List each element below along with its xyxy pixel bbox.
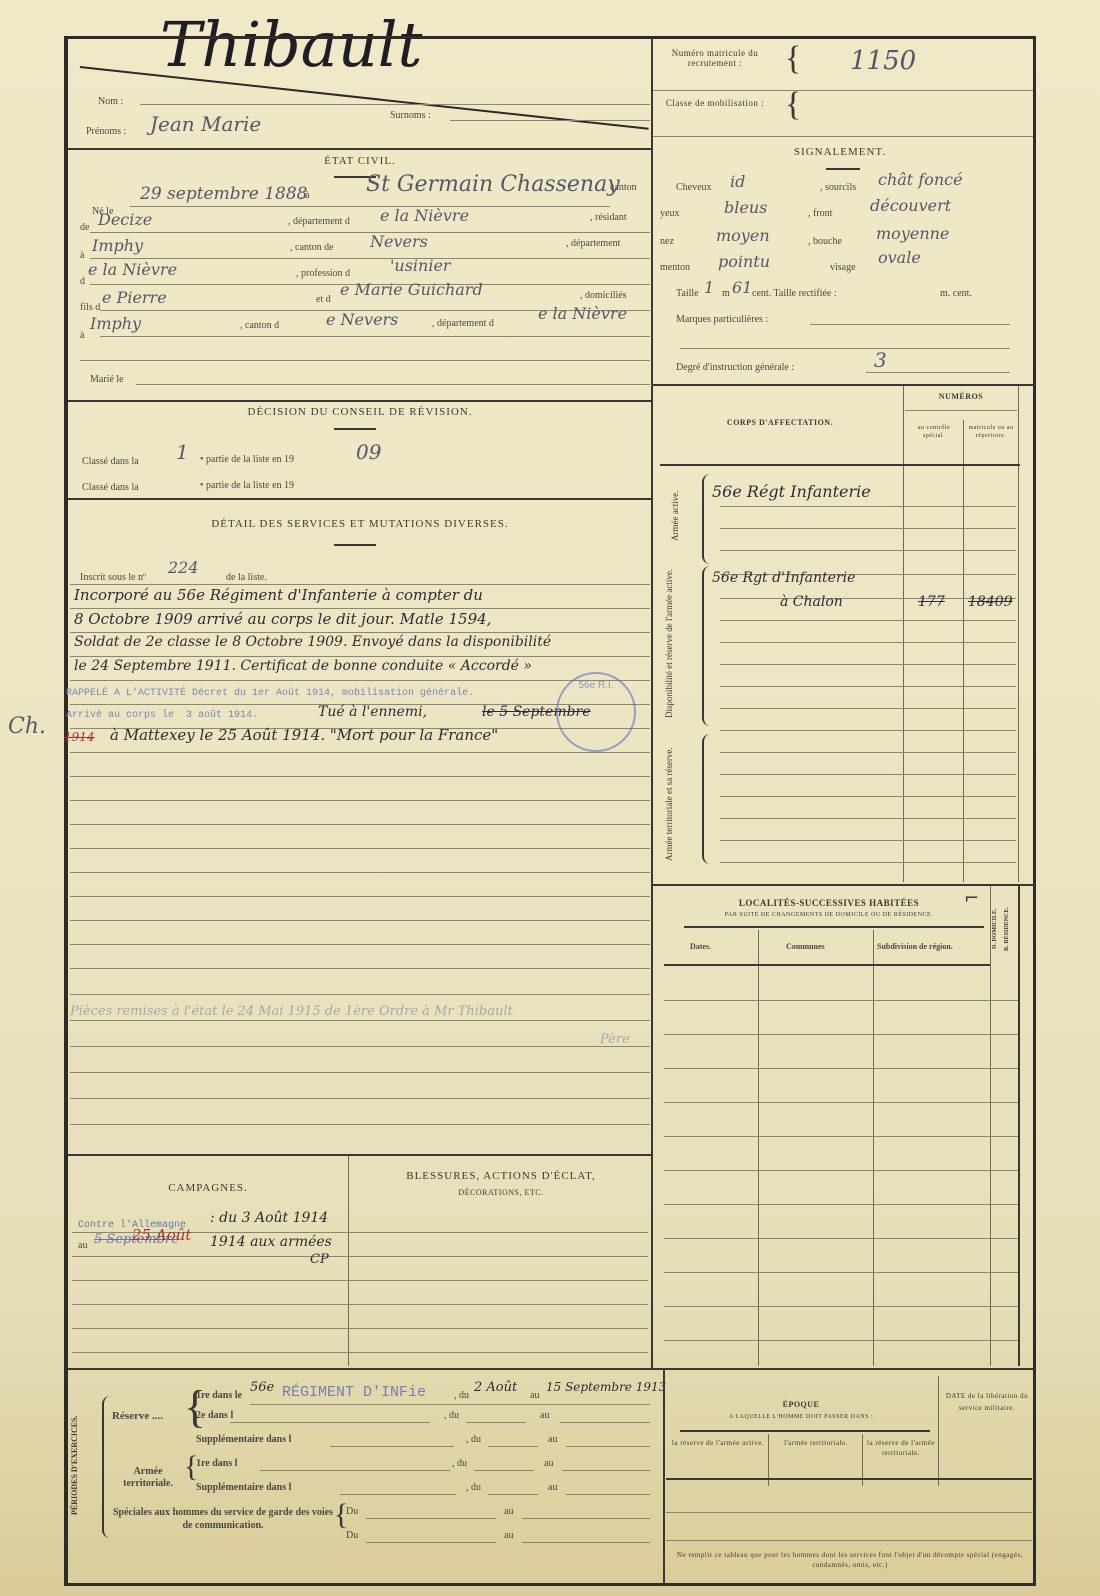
domicilies-label: , domiciliés: [580, 290, 627, 301]
father-name: e Pierre: [102, 288, 167, 307]
reserve-number-1: 177: [918, 594, 945, 610]
r1-label: 1re dans le: [196, 1390, 242, 1401]
t-sup-au: au: [548, 1482, 557, 1493]
campagne-line-2: 1914 aux armées: [210, 1234, 332, 1250]
matricule-value: 1150: [850, 46, 916, 76]
menton-value: pointu: [718, 252, 770, 271]
document-frame: [64, 36, 1036, 1586]
active-entry: 56e Régt Infanterie: [712, 482, 871, 501]
canton-d-label: , canton d: [240, 320, 279, 331]
nez-label: nez: [660, 236, 674, 247]
taille-rectifiee-label: cent. Taille rectifiée :: [752, 288, 837, 299]
nom-label: Nom :: [98, 96, 123, 107]
sup-label: Supplémentaire dans l: [196, 1434, 291, 1445]
reserve-entry-2: à Chalon: [780, 594, 843, 610]
periodes-exercices-label: PÉRIODES D'EXERCICES.: [70, 1390, 96, 1540]
campagne-line-1: : du 3 Août 1914: [210, 1210, 328, 1226]
arrive-date: 3 août 1914.: [186, 710, 258, 721]
inscrit-number: 224: [168, 558, 199, 577]
parents-commune: Imphy: [90, 314, 141, 333]
epoque-note: Ne remplir ce tableau que pour les homme…: [670, 1550, 1030, 1570]
faded-note: Pièces remises à l'état le 24 Mai 1915 d…: [70, 1004, 513, 1019]
numeros-col1: au contrôle spécial.: [906, 424, 962, 440]
reserve-number-2: 18409: [968, 594, 1013, 610]
classe1-prefix: Classé dans la: [82, 456, 139, 467]
r2-label: 2e dans l: [196, 1410, 233, 1421]
canton-label: canton: [610, 182, 637, 193]
r2-du: , du: [444, 1410, 459, 1421]
epoque-col3: la réserve de l'armée territoriale.: [864, 1438, 938, 1458]
prenoms-label: Prénoms :: [86, 126, 126, 137]
r1-to: 15 Septembre 1913: [546, 1380, 666, 1394]
blessures-subtitle: DÉCORATIONS, ETC.: [352, 1188, 650, 1198]
disponibilite-label: Disponibilité et réserve de l'armée acti…: [664, 568, 704, 718]
r2-au: au: [540, 1410, 549, 1421]
de-la-liste-label: de la liste.: [226, 572, 267, 583]
armee-active-label: Armée active.: [670, 478, 700, 554]
t-sup-du: , du: [466, 1482, 481, 1493]
epoque-col2: l'armée territoriale.: [772, 1438, 860, 1448]
marques-label: Marques particulières :: [676, 314, 768, 325]
campagnes-title: CAMPAGNES.: [70, 1182, 346, 1194]
residant-label: , résidant: [590, 212, 627, 223]
t1-du: , du: [452, 1458, 467, 1469]
service-line-2: 8 Octobre 1909 arrivé au corps le dit jo…: [74, 610, 491, 628]
classe-label: Classe de mobilisation :: [660, 98, 770, 108]
front-label: , front: [808, 208, 832, 219]
menton-label: menton: [660, 262, 690, 273]
rappele-stamp-line: RAPPELÉ A L'ACTIVITÉ Décret du 1er Août …: [66, 688, 474, 699]
degre-value: 3: [874, 348, 887, 372]
campagne-au: au: [78, 1240, 87, 1251]
service-line-4: le 24 Septembre 1911. Certificat de bonn…: [74, 658, 532, 674]
fils-label: fils d: [80, 302, 100, 313]
classe2-prefix: Classé dans la: [82, 482, 139, 493]
spec-du-1: Du: [346, 1506, 358, 1517]
matricule-label: Numéro matricule du recrutement :: [660, 48, 770, 68]
residence-commune: Imphy: [92, 236, 143, 255]
spec-au-1: au: [504, 1506, 513, 1517]
territoriale-label: Armée territoriale et sa réserve.: [664, 734, 704, 874]
birth-place: St Germain Chassenay: [366, 172, 620, 197]
classe2-suffix: • partie de la liste en 19: [200, 480, 294, 491]
classe1-suffix: • partie de la liste en 19: [200, 454, 294, 465]
service-line-1: Incorporé au 56e Régiment d'Infanterie à…: [74, 586, 483, 604]
prenoms-value: Jean Marie: [150, 112, 261, 136]
col-communes: Communes: [786, 942, 825, 951]
localites-mark: ⌐: [964, 888, 979, 909]
r1-from: 2 Août: [474, 1380, 517, 1395]
r1-hand: 56e: [250, 1380, 274, 1395]
signalement-title: SIGNALEMENT.: [655, 146, 1025, 158]
brace-classe: {: [785, 86, 801, 124]
services-title: DÉTAIL DES SERVICES ET MUTATIONS DIVERSE…: [70, 518, 650, 530]
service-death-line: à Mattexey le 25 Août 1914. "Mort pour l…: [110, 726, 498, 744]
r1-typed: RÉGIMENT D'INFie: [282, 1384, 426, 1401]
et-de-label: et d: [316, 294, 331, 305]
parents-canton: e Nevers: [326, 310, 398, 329]
visage-label: visage: [830, 262, 856, 273]
yeux-value: bleus: [724, 198, 767, 217]
profession-value: 'usinier: [390, 256, 451, 275]
nez-value: moyen: [716, 226, 770, 245]
a-residence-label: à: [80, 250, 84, 261]
parents-departement: e la Nièvre: [538, 304, 627, 323]
sup-au: au: [548, 1434, 557, 1445]
numeros-col2: matricule ou au répertoire.: [965, 424, 1017, 440]
a-label: , à: [300, 190, 309, 201]
birth-departement: e la Nièvre: [380, 206, 469, 225]
canton-de-label: , canton de: [290, 242, 334, 253]
epoque-col1: la réserve de l'armée active.: [670, 1438, 766, 1448]
marie-label: Marié le: [90, 374, 124, 385]
col-domicile: D. DOMICILE.: [992, 896, 1004, 962]
residence-departement: e la Nièvre: [88, 260, 177, 279]
classe1-partie: 1: [176, 440, 189, 464]
cheveux-value: id: [730, 172, 745, 191]
departement-label: , département d: [288, 216, 350, 227]
brace-armee-active: [702, 474, 710, 564]
stamp-text: 56e R.I.: [578, 680, 613, 691]
brace-disponibilite: [702, 566, 710, 726]
regiment-stamp: 56e R.I.: [556, 672, 636, 752]
territoriale-label: Armée territoriale.: [110, 1466, 186, 1490]
epoque-title: ÉPOQUE: [666, 1400, 936, 1410]
reserve-entry: 56e Rgt d'Infanterie: [712, 570, 855, 586]
name-section-divider: [68, 148, 652, 150]
campagne-corrected-date: 25 Août: [132, 1226, 191, 1244]
col-dates: Dates.: [690, 942, 711, 951]
departement2-label: , département: [566, 238, 620, 249]
m-label: m: [722, 288, 730, 299]
departement3-label: , département d: [432, 318, 494, 329]
taille-m: 1: [704, 278, 714, 297]
col-residence: R. RÉSIDENCE.: [1004, 896, 1016, 962]
etat-civil-title: ÉTAT CIVIL.: [70, 155, 650, 167]
decision-title: DÉCISION DU CONSEIL DE RÉVISION.: [70, 406, 650, 418]
campagne-initials: CP: [310, 1252, 329, 1267]
residence-canton: Nevers: [370, 232, 428, 251]
mother-name: e Marie Guichard: [340, 280, 483, 299]
a-parents-label: à: [80, 330, 84, 341]
taille-label: Taille: [676, 288, 699, 299]
r1-du: , du: [454, 1390, 469, 1401]
sup-du: , du: [466, 1434, 481, 1445]
epoque-subtitle: A LAQUELLE L'HOMME DOIT PASSER DANS :: [666, 1412, 936, 1422]
brace-matricule: {: [785, 40, 801, 78]
sourcils-label: , sourcils: [820, 182, 856, 193]
arrive-label: Arrivé au corps le: [66, 710, 174, 721]
tue-text: Tué à l'ennemi,: [318, 704, 427, 720]
blessures-title: BLESSURES, ACTIONS D'ÉCLAT,: [352, 1170, 650, 1182]
localites-subtitle: PAR SUITE DE CHANGEMENTS DE DOMICILE OU …: [664, 910, 994, 920]
front-value: découvert: [870, 196, 951, 215]
bouche-value: moyenne: [876, 224, 949, 243]
profession-label: , profession d: [296, 268, 350, 279]
military-register-page: Thibault Nom : Prénoms : Jean Marie Surn…: [0, 0, 1100, 1596]
corps-title: CORPS D'AFFECTATION.: [660, 418, 900, 428]
brace-territoriale: [702, 734, 710, 864]
struck-year: 1914: [64, 730, 95, 744]
inscrit-label: Inscrit sous le nº: [80, 572, 146, 583]
column-divider: [651, 38, 653, 1368]
taille-cm: 61: [732, 278, 752, 297]
bouche-label: , bouche: [808, 236, 842, 247]
d-label: d: [80, 276, 85, 287]
t1-label: 1re dans l: [196, 1458, 238, 1469]
spec-au-2: au: [504, 1530, 513, 1541]
visage-value: ovale: [878, 248, 921, 267]
speciales-label: Spéciales aux hommes du service de garde…: [110, 1506, 336, 1532]
birth-date: 29 septembre 1888: [140, 184, 307, 204]
brace-periodes: [102, 1396, 110, 1538]
numeros-title: NUMÉROS: [905, 392, 1017, 402]
t1-au: au: [544, 1458, 553, 1469]
date-liberation-title: DATE de la libération du service militai…: [942, 1390, 1032, 1414]
taille-rectifiee-units: m. cent.: [940, 288, 972, 299]
de-label: de: [80, 222, 89, 233]
r1-au: au: [530, 1390, 539, 1401]
sourcils-value: chât foncé: [878, 170, 963, 189]
col-subdivision: Subdivision de région.: [877, 942, 953, 951]
spec-du-2: Du: [346, 1530, 358, 1541]
reserve-label: Réserve ....: [112, 1410, 163, 1422]
faded-note-2: Père: [600, 1032, 630, 1047]
t-sup-label: Supplémentaire dans l: [196, 1482, 291, 1493]
birth-canton: Decize: [98, 210, 152, 229]
classe1-year: 09: [356, 440, 381, 464]
surnoms-label: Surnoms :: [390, 110, 431, 121]
degre-label: Degré d'instruction générale :: [676, 362, 794, 373]
localites-title: LOCALITÉS-SUCCESSIVES HABITÉES: [664, 898, 994, 908]
margin-note: Ch.: [8, 714, 46, 739]
yeux-label: yeux: [660, 208, 679, 219]
service-line-3: Soldat de 2e classe le 8 Octobre 1909. E…: [74, 634, 551, 650]
cheveux-label: Cheveux: [676, 182, 712, 193]
